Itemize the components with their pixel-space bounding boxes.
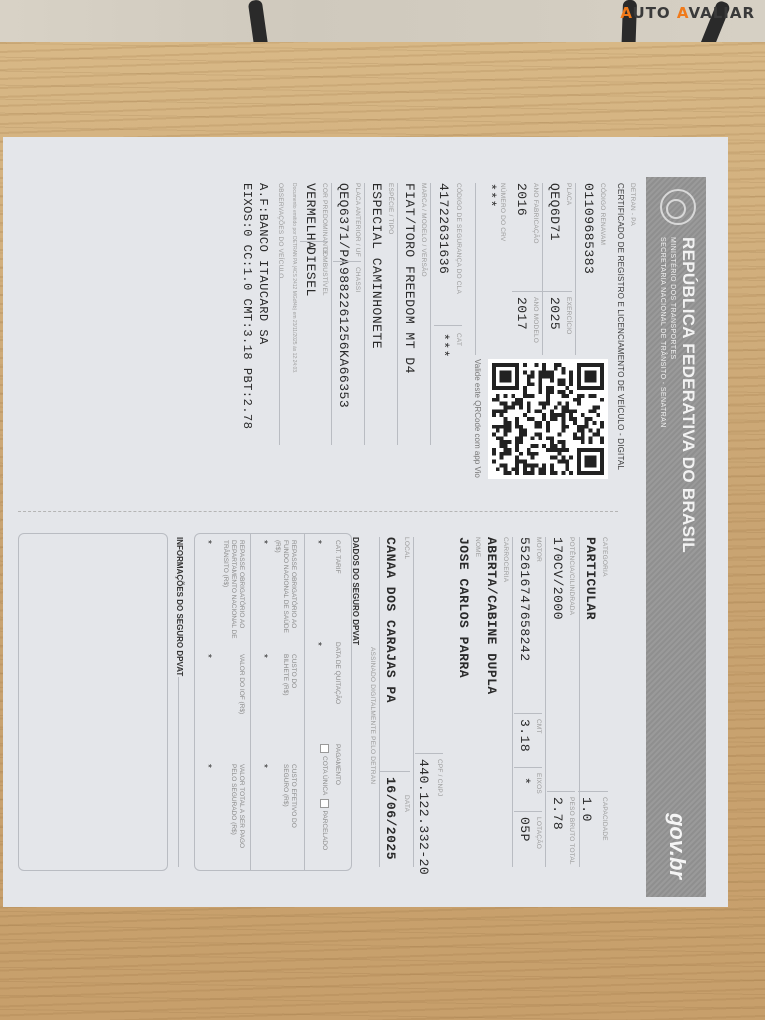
header-secretariat: SECRETARIA NACIONAL DE TRÂNSITO - SENATR… [659, 237, 666, 428]
custo-bilhete-value: * [258, 654, 269, 658]
divider [512, 537, 513, 867]
divider [434, 325, 462, 326]
categoria-value: PARTICULAR [583, 537, 598, 620]
data-value: 16/06/2025 [383, 777, 398, 860]
divider [279, 267, 280, 445]
brasil-coat-of-arms-icon [660, 189, 696, 225]
chassi-label: CHASSI [354, 267, 361, 292]
cat-value: *** [436, 333, 451, 358]
nome-label: NOME [474, 537, 481, 557]
crlv-document: REPÚBLICA FEDERATIVA DO BRASIL MINISTÉRI… [3, 137, 728, 907]
placa-anterior-label: PLACA ANTERIOR / UF [354, 183, 361, 257]
cor-label: COR PREDOMINANTE [321, 183, 328, 255]
cpf-label: CPF / CNPJ [436, 759, 443, 796]
divider [547, 791, 575, 792]
data-quitacao-label: DATA DE QUITAÇÃO [333, 642, 341, 704]
divider [178, 677, 179, 867]
renavam-label: CÓDIGO RENAVAM [599, 183, 606, 245]
cpf-value: 440.122.332-20 [416, 759, 431, 875]
divider [413, 537, 414, 867]
observacoes-label: OBSERVAÇÕES DO VEÍCULO [277, 183, 284, 279]
govbr-logo: gov.br [664, 813, 690, 879]
ano-modelo-label: ANO MODELO [532, 297, 539, 343]
divider [514, 713, 542, 714]
dpvat-info-title: INFORMAÇÕES DO SEGURO DPVAT [175, 537, 184, 676]
divider [545, 537, 546, 867]
observacoes-line2: EIXOS:0 CC:1.0 CMT:3.18 PBT:2.78 [240, 183, 254, 429]
ano-fabricacao-label: ANO FABRICAÇÃO [532, 183, 539, 244]
header-title: REPÚBLICA FEDERATIVA DO BRASIL [678, 237, 698, 553]
valor-iof-label: VALOR DO IOF (R$) [237, 654, 245, 734]
marca-modelo-value: FIAT/TORO FREEDOM MT D4 [402, 183, 417, 374]
header-banner: REPÚBLICA FEDERATIVA DO BRASIL MINISTÉRI… [646, 177, 706, 897]
placa-value: QEQ6D71 [547, 183, 562, 241]
cota-unica-label: COTA ÚNICA [321, 756, 328, 795]
divider [514, 767, 542, 768]
observacoes-line1: A.F:BANCO ITAUCARD SA [256, 183, 270, 345]
marca-modelo-label: MARCA / MODELO / VERSÃO [420, 183, 427, 277]
combustivel-label: COMBUSTÍVEL [321, 247, 328, 296]
exercicio-value: 2025 [547, 297, 562, 330]
custo-efetivo-value: * [258, 764, 269, 768]
dpvat-table: CAT. TARIF * DATA DE QUITAÇÃO * PAGAMENT… [194, 533, 352, 871]
numero-crv-label: NÚMERO DO CRV [499, 183, 506, 241]
eixos-value: * [517, 777, 532, 785]
qr-caption: Valide este QRCode com app Vio [473, 359, 482, 478]
potencia-value: 170CV/2000 [550, 537, 565, 620]
potencia-label: POTÊNCIA/CILINDRADA [568, 537, 575, 615]
cmt-value: 3.18 [517, 719, 532, 752]
divider [415, 753, 443, 754]
ano-modelo-value: 2017 [514, 297, 529, 330]
divider [364, 183, 365, 445]
carroceria-label: CARROCERIA [502, 537, 509, 582]
chassi-value: 9882261256KA66353 [336, 267, 351, 408]
cota-unica-checkbox[interactable] [320, 744, 329, 753]
auto-avaliar-watermark: AUTO AVALIAR [620, 4, 755, 22]
peso-bruto-value: 2.78 [550, 797, 565, 830]
parcelado-checkbox[interactable] [320, 799, 329, 808]
divider [397, 183, 398, 445]
cat-tarif-label: CAT. TARIF [333, 540, 341, 574]
divider [380, 771, 410, 772]
capacidade-label: CAPACIDADE [601, 797, 608, 841]
divider [578, 791, 608, 792]
repasse-transito-label: REPASSE OBRIGATÓRIO AO DEPARTAMENTO NACI… [221, 540, 245, 644]
watermark-accent: A [677, 4, 689, 22]
cla-label: CÓDIGO DE SEGURANÇA DO CLA [455, 183, 462, 294]
watermark-accent: A [620, 4, 632, 22]
valor-total-label: VALOR TOTAL A SER PAGO PELO SEGURADO (R$… [229, 764, 245, 864]
document-photo: REPÚBLICA FEDERATIVA DO BRASIL MINISTÉRI… [3, 137, 728, 907]
cor-value: VERMELHA [303, 183, 318, 249]
column-separator [18, 511, 618, 512]
nome-value: JOSE CARLOS PARRA [456, 537, 471, 678]
renavam-value: 01109685383 [581, 183, 596, 274]
detran-label: DETRAN - PA [629, 183, 636, 226]
data-label: DATA [403, 795, 410, 812]
exercicio-label: EXERCÍCIO [565, 297, 572, 335]
categoria-label: CATEGORIA [601, 537, 608, 577]
lotacao-label: LOTAÇÃO [535, 817, 542, 849]
valor-total-value: * [202, 764, 213, 768]
motor-label: MOTOR [535, 537, 542, 562]
data-quitacao-value: * [312, 642, 323, 646]
signed-note: ASSINADO DIGITALMENTE PELO DETRAN [369, 647, 376, 784]
pagamento-options: COTA ÚNICA PARCELADO [320, 744, 329, 850]
custo-efetivo-label: CUSTO EFETIVO DO SEGURO (R$) [281, 764, 297, 834]
especie-tipo-label: ESPÉCIE / TIPO [387, 183, 394, 234]
custo-bilhete-label: CUSTO DO BILHETE (R$) [281, 654, 297, 714]
qr-code[interactable] [488, 359, 608, 479]
especie-tipo-value: ESPECIAL CAMINHONETE [369, 183, 384, 349]
header-ministry: MINISTÉRIO DOS TRANSPORTES [669, 237, 676, 360]
divider [379, 537, 380, 867]
combustivel-value: DIESEL [303, 247, 318, 297]
placa-anterior-value: QEQ6371/PA [336, 183, 351, 266]
cla-value: 41722631636 [436, 183, 451, 274]
watermark-text: UTO [633, 4, 677, 22]
dpvat-title: DADOS DO SEGURO DPVAT [351, 537, 360, 645]
peso-bruto-label: PESO BRUTO TOTAL [568, 797, 575, 865]
divider [304, 534, 305, 870]
divider [430, 183, 431, 445]
cat-tarif-value: * [312, 540, 323, 544]
dpvat-info-box [18, 533, 168, 871]
digital-signature-note: Documento emitido por DETRAN PA (4CS 241… [291, 183, 297, 373]
document-title: CERTIFICADO DE REGISTRO E LICENCIAMENTO … [616, 183, 625, 470]
repasse-transito-value: * [202, 540, 213, 544]
capacidade-value: 1.0 [579, 797, 594, 822]
divider [514, 811, 542, 812]
local-value: CANAA DOS CARAJAS PA [383, 537, 398, 703]
divider [475, 183, 476, 355]
valor-iof-value: * [202, 654, 213, 658]
cmt-label: CMT [535, 719, 542, 734]
repasse-saude-value: * [258, 540, 269, 544]
placa-label: PLACA [565, 183, 572, 205]
divider [579, 537, 580, 867]
pagamento-label: PAGAMENTO [333, 744, 341, 785]
eixos-label: EIXOS [535, 773, 542, 794]
motor-value: 552616747658242 [517, 537, 532, 662]
lotacao-value: 05P [517, 817, 532, 842]
divider [331, 183, 332, 445]
repasse-saude-label: REPASSE OBRIGATÓRIO AO FUNDO NACIONAL DE… [273, 540, 297, 638]
divider [250, 534, 251, 870]
ano-fabricacao-value: 2016 [514, 183, 529, 216]
local-label: LOCAL [403, 537, 410, 559]
watermark-text: VALIAR [689, 4, 756, 22]
divider [300, 241, 328, 242]
divider [542, 183, 543, 355]
numero-crv-value: *** [483, 183, 498, 208]
divider [333, 261, 361, 262]
cat-label: CAT [455, 333, 462, 346]
carroceria-value: ABERTA/CABINE DUPLA [484, 537, 499, 695]
divider [575, 183, 576, 355]
parcelado-label: PARCELADO [321, 811, 328, 851]
